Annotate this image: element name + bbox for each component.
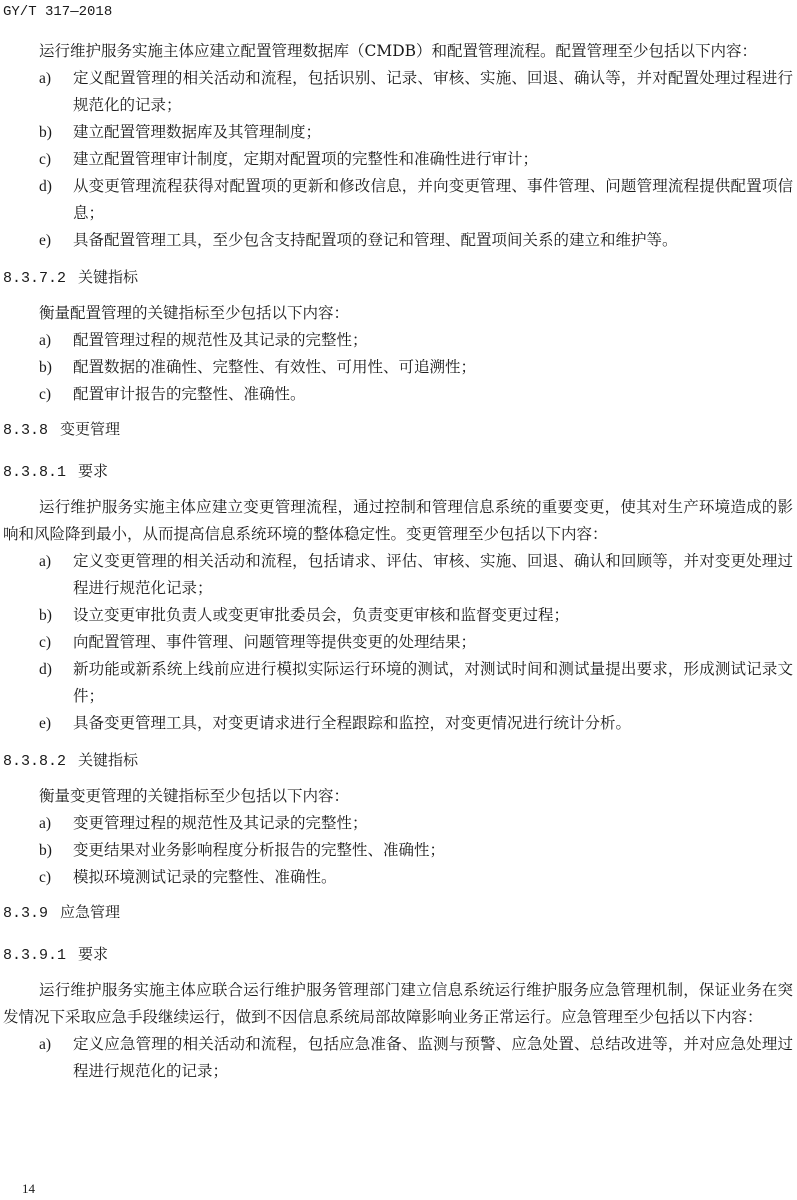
config-kpi-list: a)配置管理过程的规范性及其记录的完整性； b)配置数据的准确性、完整性、有效性… xyxy=(3,327,793,408)
list-item-text: 新功能或新系统上线前应进行模拟实际运行环境的测试，对测试时间和测试量提出要求，形… xyxy=(73,660,793,705)
list-marker: a) xyxy=(39,65,51,92)
list-item: e)具备配置管理工具，至少包含支持配置项的登记和管理、配置项间关系的建立和维护等… xyxy=(3,227,793,254)
list-item-text: 配置管理过程的规范性及其记录的完整性； xyxy=(73,331,368,349)
section-heading-8-3-8-2: 8.3.8.2关键指标 xyxy=(3,747,793,775)
list-marker: c) xyxy=(39,629,51,656)
emergency-requirements-list: a)定义应急管理的相关活动和流程，包括应急准备、监测与预警、应急处置、总结改进等… xyxy=(3,1031,793,1085)
list-marker: b) xyxy=(39,837,52,864)
section-heading-8-3-8: 8.3.8变更管理 xyxy=(3,416,793,444)
section-heading-8-3-9: 8.3.9应急管理 xyxy=(3,899,793,927)
list-marker: a) xyxy=(39,548,51,575)
list-item: d)从变更管理流程获得对配置项的更新和修改信息，并向变更管理、事件管理、问题管理… xyxy=(3,173,793,227)
section-heading-8-3-7-2: 8.3.7.2关键指标 xyxy=(3,264,793,292)
list-marker: b) xyxy=(39,119,52,146)
section-heading-8-3-8-1: 8.3.8.1要求 xyxy=(3,458,793,486)
list-marker: b) xyxy=(39,602,52,629)
list-item: b)变更结果对业务影响程度分析报告的完整性、准确性； xyxy=(3,837,793,864)
list-item: b)建立配置管理数据库及其管理制度； xyxy=(3,119,793,146)
list-item: b)配置数据的准确性、完整性、有效性、可用性、可追溯性； xyxy=(3,354,793,381)
section-number: 8.3.9.1 xyxy=(3,947,66,964)
section-heading-8-3-9-1: 8.3.9.1要求 xyxy=(3,941,793,969)
list-marker: e) xyxy=(39,227,51,254)
page-number: 14 xyxy=(22,1181,35,1197)
list-item: a)定义配置管理的相关活动和流程，包括识别、记录、审核、实施、回退、确认等，并对… xyxy=(3,65,793,119)
paragraph-change-kpi-intro: 衡量变更管理的关键指标至少包括以下内容： xyxy=(3,783,793,810)
paragraph-config-kpi-intro: 衡量配置管理的关键指标至少包括以下内容： xyxy=(3,300,793,327)
list-item-text: 建立配置管理数据库及其管理制度； xyxy=(73,123,321,141)
section-title: 要求 xyxy=(78,945,108,963)
list-item-text: 从变更管理流程获得对配置项的更新和修改信息，并向变更管理、事件管理、问题管理流程… xyxy=(73,177,793,222)
list-marker: a) xyxy=(39,327,51,354)
list-item-text: 具备配置管理工具，至少包含支持配置项的登记和管理、配置项间关系的建立和维护等。 xyxy=(73,231,678,249)
list-item: e)具备变更管理工具，对变更请求进行全程跟踪和监控，对变更情况进行统计分析。 xyxy=(3,710,793,737)
section-number: 8.3.8.1 xyxy=(3,464,66,481)
list-item-text: 定义配置管理的相关活动和流程，包括识别、记录、审核、实施、回退、确认等，并对配置… xyxy=(73,69,793,114)
list-item-text: 模拟环境测试记录的完整性、准确性。 xyxy=(73,868,337,886)
change-kpi-list: a)变更管理过程的规范性及其记录的完整性； b)变更结果对业务影响程度分析报告的… xyxy=(3,810,793,891)
list-item: c)建立配置管理审计制度，定期对配置项的完整性和准确性进行审计； xyxy=(3,146,793,173)
list-marker: a) xyxy=(39,1031,51,1058)
list-item-text: 配置审计报告的完整性、准确性。 xyxy=(73,385,306,403)
list-item-text: 向配置管理、事件管理、问题管理等提供变更的处理结果； xyxy=(73,633,476,651)
config-requirements-list: a)定义配置管理的相关活动和流程，包括识别、记录、审核、实施、回退、确认等，并对… xyxy=(3,65,793,254)
list-marker: d) xyxy=(39,656,52,683)
section-number: 8.3.8 xyxy=(3,422,48,439)
list-item: a)定义应急管理的相关活动和流程，包括应急准备、监测与预警、应急处置、总结改进等… xyxy=(3,1031,793,1085)
list-marker: c) xyxy=(39,864,51,891)
list-item-text: 配置数据的准确性、完整性、有效性、可用性、可追溯性； xyxy=(73,358,476,376)
list-marker: a) xyxy=(39,810,51,837)
list-item-text: 设立变更审批负责人或变更审批委员会，负责变更审核和监督变更过程； xyxy=(73,606,569,624)
list-item: c)模拟环境测试记录的完整性、准确性。 xyxy=(3,864,793,891)
list-item: a)配置管理过程的规范性及其记录的完整性； xyxy=(3,327,793,354)
section-number: 8.3.7.2 xyxy=(3,270,66,287)
list-item-text: 变更结果对业务影响程度分析报告的完整性、准确性； xyxy=(73,841,445,859)
list-item: d)新功能或新系统上线前应进行模拟实际运行环境的测试，对测试时间和测试量提出要求… xyxy=(3,656,793,710)
list-item-text: 定义变更管理的相关活动和流程，包括请求、评估、审核、实施、回退、确认和回顾等，并… xyxy=(73,552,793,597)
list-item-text: 定义应急管理的相关活动和流程，包括应急准备、监测与预警、应急处置、总结改进等，并… xyxy=(73,1035,793,1080)
section-title: 应急管理 xyxy=(60,903,120,921)
list-item: c)向配置管理、事件管理、问题管理等提供变更的处理结果； xyxy=(3,629,793,656)
list-item: b)设立变更审批负责人或变更审批委员会，负责变更审核和监督变更过程； xyxy=(3,602,793,629)
list-item: a)变更管理过程的规范性及其记录的完整性； xyxy=(3,810,793,837)
list-marker: c) xyxy=(39,381,51,408)
list-marker: e) xyxy=(39,710,51,737)
standard-code-header: GY/T 317—2018 xyxy=(3,4,112,20)
list-item-text: 具备变更管理工具，对变更请求进行全程跟踪和监控，对变更情况进行统计分析。 xyxy=(73,714,631,732)
section-title: 关键指标 xyxy=(78,268,138,286)
section-title: 关键指标 xyxy=(78,751,138,769)
paragraph-cmdb-intro: 运行维护服务实施主体应建立配置管理数据库（CMDB）和配置管理流程。配置管理至少… xyxy=(3,38,793,65)
list-marker: b) xyxy=(39,354,52,381)
list-item-text: 变更管理过程的规范性及其记录的完整性； xyxy=(73,814,368,832)
list-marker: d) xyxy=(39,173,52,200)
section-number: 8.3.9 xyxy=(3,905,48,922)
list-item-text: 建立配置管理审计制度，定期对配置项的完整性和准确性进行审计； xyxy=(73,150,538,168)
list-item: a)定义变更管理的相关活动和流程，包括请求、评估、审核、实施、回退、确认和回顾等… xyxy=(3,548,793,602)
change-requirements-list: a)定义变更管理的相关活动和流程，包括请求、评估、审核、实施、回退、确认和回顾等… xyxy=(3,548,793,737)
section-title: 要求 xyxy=(78,462,108,480)
document-body: 运行维护服务实施主体应建立配置管理数据库（CMDB）和配置管理流程。配置管理至少… xyxy=(3,38,793,1085)
section-title: 变更管理 xyxy=(60,420,120,438)
section-number: 8.3.8.2 xyxy=(3,753,66,770)
paragraph-change-intro: 运行维护服务实施主体应建立变更管理流程，通过控制和管理信息系统的重要变更，使其对… xyxy=(3,494,793,548)
paragraph-emergency-intro: 运行维护服务实施主体应联合运行维护服务管理部门建立信息系统运行维护服务应急管理机… xyxy=(3,977,793,1031)
list-marker: c) xyxy=(39,146,51,173)
list-item: c)配置审计报告的完整性、准确性。 xyxy=(3,381,793,408)
